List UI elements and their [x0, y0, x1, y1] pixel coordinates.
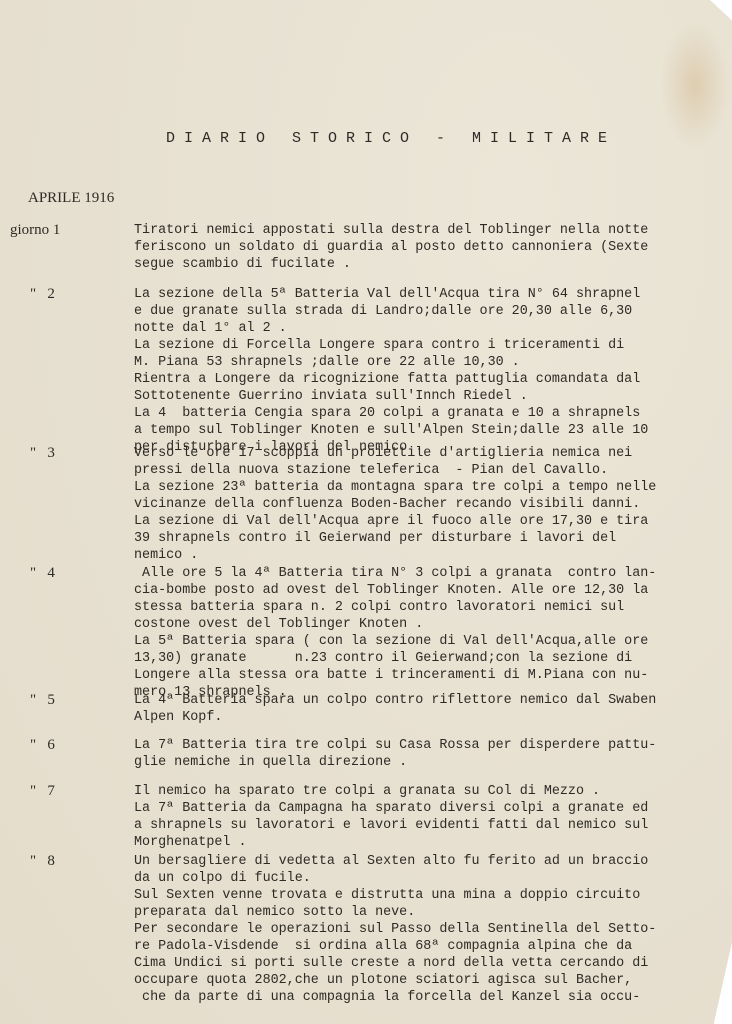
- entry-text: La 4ª Batteria spara un colpo contro rif…: [134, 692, 732, 726]
- month-heading: APRILE 1916: [28, 190, 114, 207]
- day-label: " 7: [30, 783, 55, 800]
- entry-text: Tiratori nemici appostati sulla destra d…: [134, 222, 732, 273]
- document-title: DIARIO STORICO - MILITARE: [166, 130, 616, 147]
- day-label: " 2: [30, 286, 55, 303]
- paper-stain: [660, 20, 730, 150]
- day-label: " 4: [30, 565, 55, 582]
- entry-text: Verso le ore 17 scoppia un proiettile d'…: [134, 445, 732, 564]
- day-label: " 8: [30, 853, 55, 870]
- day-label: " 5: [30, 692, 55, 709]
- entry-text: Un bersagliere di vedetta al Sexten alto…: [134, 853, 732, 1006]
- entry-text: Il nemico ha sparato tre colpi a granata…: [134, 783, 732, 851]
- day-label: giorno 1: [10, 222, 60, 239]
- entry-text: La 7ª Batteria tira tre colpi su Casa Ro…: [134, 737, 732, 771]
- day-label: " 6: [30, 737, 55, 754]
- document-page: DIARIO STORICO - MILITARE APRILE 1916 gi…: [0, 0, 732, 1024]
- day-label: " 3: [30, 445, 55, 462]
- entry-text: Alle ore 5 la 4ª Batteria tira N° 3 colp…: [134, 565, 732, 701]
- entry-text: La sezione della 5ª Batteria Val dell'Ac…: [134, 286, 732, 456]
